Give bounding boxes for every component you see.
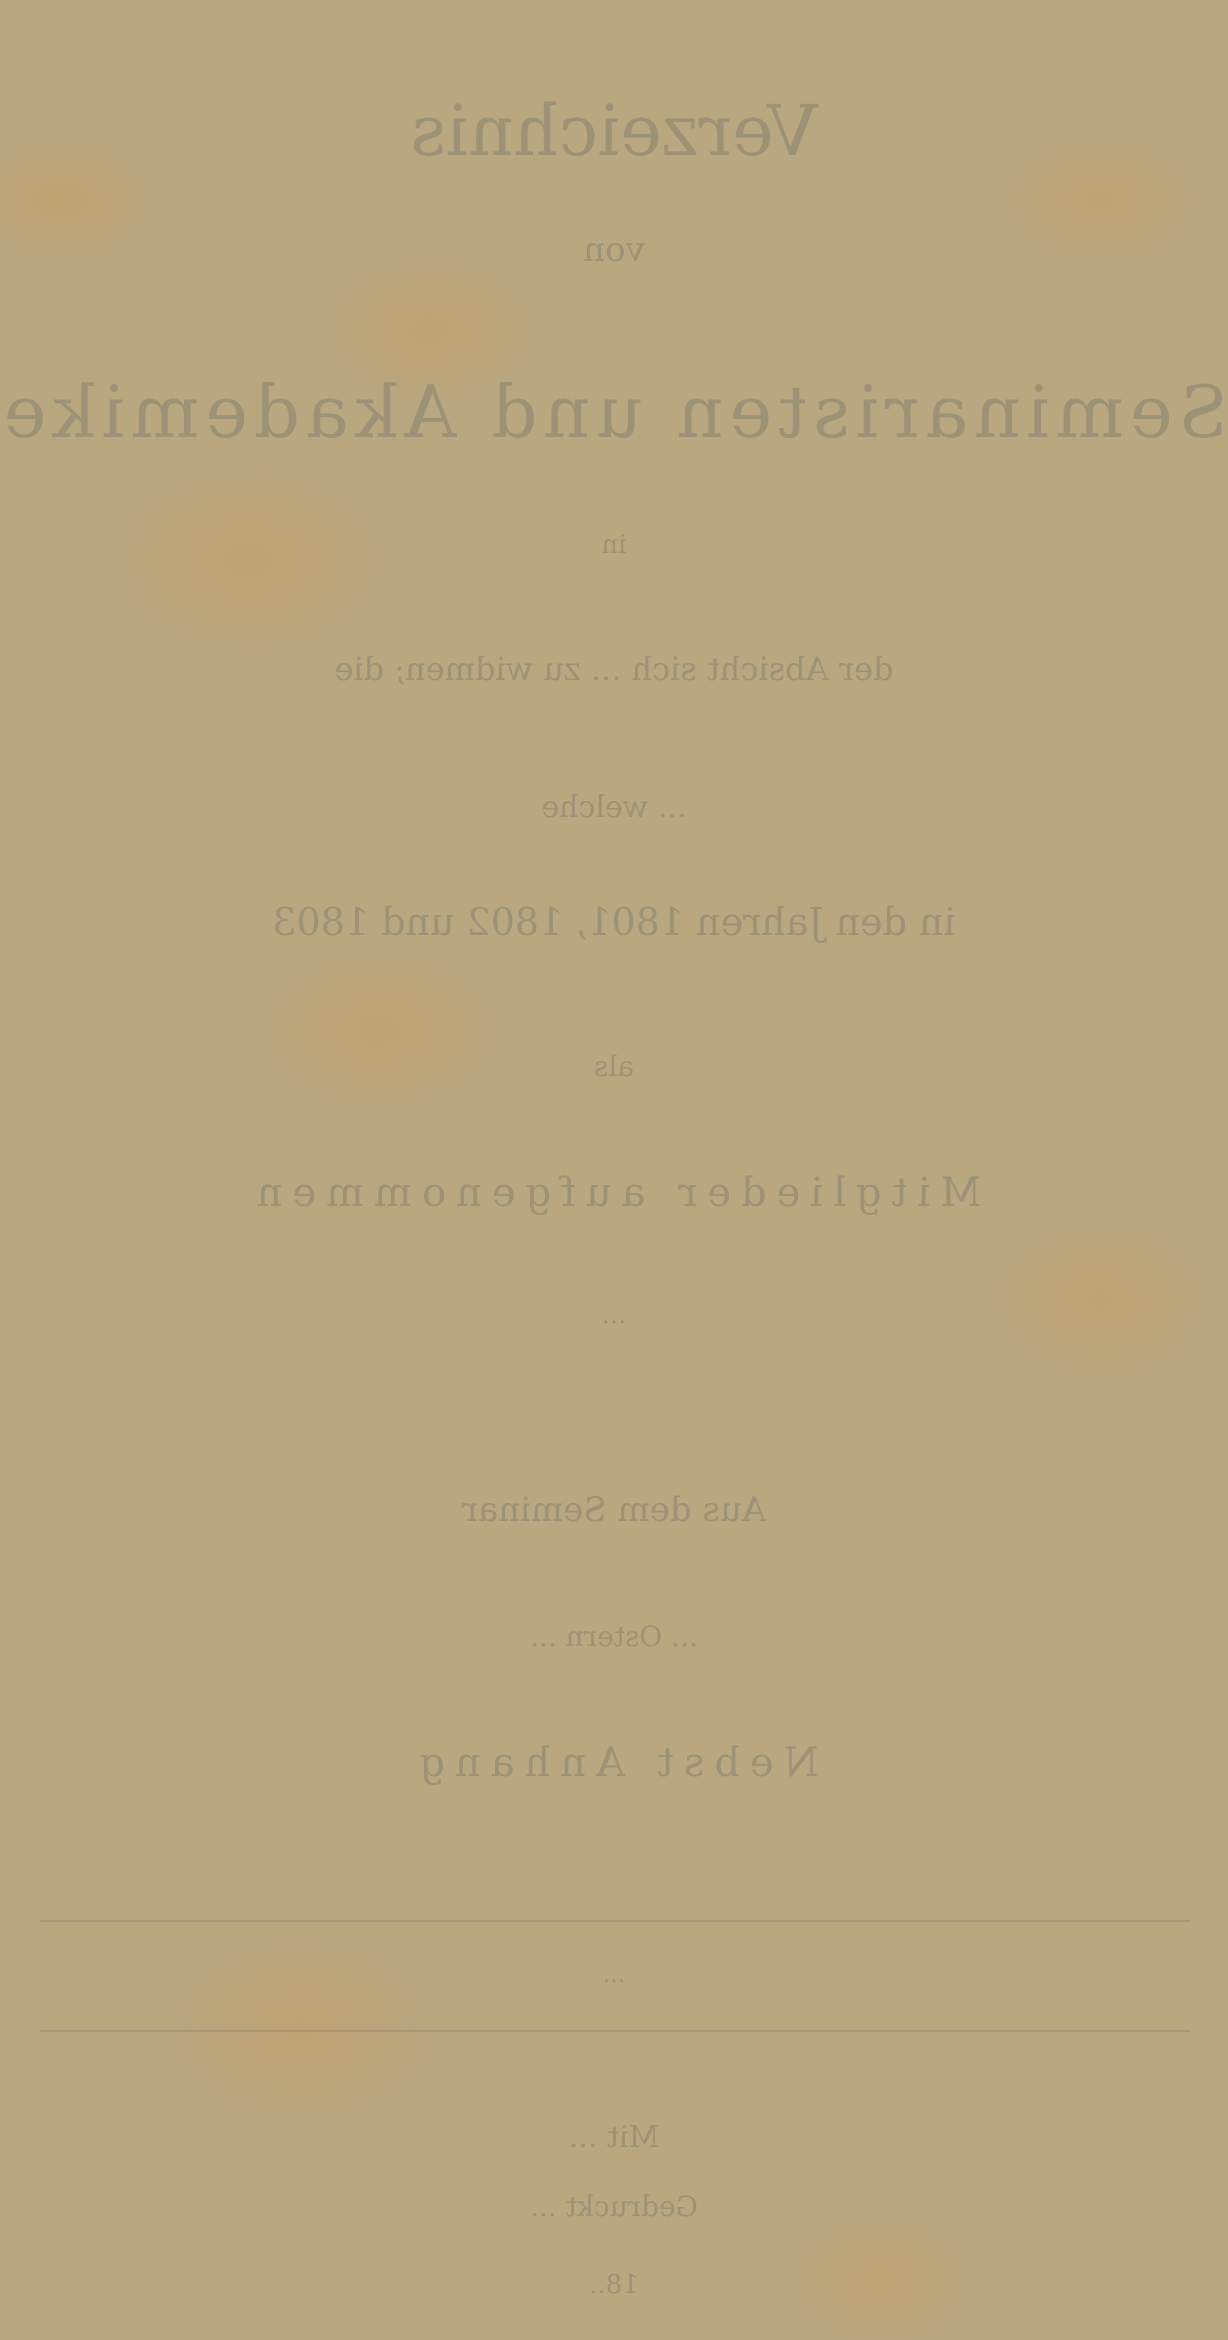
- mirrored-line: von: [0, 230, 1228, 270]
- divider-rule: [40, 2030, 1190, 2032]
- mirrored-line: als: [0, 1050, 1228, 1083]
- mirrored-line: der Absicht sich ... zu widmen; die: [0, 650, 1228, 688]
- mirrored-heading-line: Seminaristen und Akademikern: [0, 370, 1228, 454]
- mirrored-line: 18..: [0, 2270, 1228, 2300]
- mirrored-line: Aus dem Seminar: [0, 1490, 1228, 1530]
- mirrored-line: in den Jahren 1801, 1802 und 1803: [0, 900, 1228, 944]
- mirrored-line: ... Ostern ...: [0, 1620, 1228, 1653]
- mirrored-line: ...: [0, 1300, 1228, 1330]
- mirrored-line: Mit ...: [0, 2120, 1228, 2155]
- mirrored-line: Gedruckt ...: [0, 2190, 1228, 2223]
- mirrored-line: in: [0, 530, 1228, 560]
- mirrored-title-line: Verzeichnis: [0, 90, 1228, 172]
- mirrored-line: Mitglieder aufgenommen: [0, 1170, 1228, 1216]
- mirrored-line: ...: [0, 1960, 1228, 1988]
- mirrored-line: ... welche: [0, 790, 1228, 825]
- divider-rule: [40, 1920, 1190, 1922]
- mirrored-line: Nebst Anhang: [0, 1740, 1228, 1786]
